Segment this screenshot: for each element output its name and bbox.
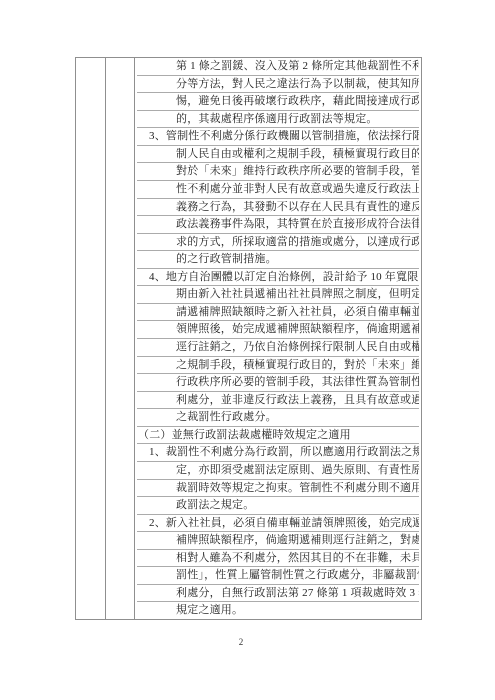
text-line: 利處分，並非違反行政法上義務，且具有故意或過失: [137, 392, 419, 410]
text-line: 請遞補牌照缺額時之新入社社員，必須自備車輛並請: [137, 304, 419, 322]
text-line: 3、管制性不利處分係行政機關以管制措施，依法採行限: [137, 128, 419, 146]
text-line: 4、地方自治團體以訂定自治條例，設計給予 10 年寬限: [137, 269, 419, 287]
text-line: 對於「未來」維持行政秩序所必要的管制手段，管制: [137, 163, 419, 181]
text-line: 求的方式，所採取適當的措施或處分，以達成行政目: [137, 234, 419, 252]
text-line: 期由新入社社員遞補出社社員牌照之制度，但明定申: [137, 286, 419, 304]
text-line: 補牌照缺額程序，倘逾期遞補則逕行註銷之，對處分: [137, 532, 419, 550]
text-line: 第 1 條之罰鍰、沒入及第 2 條所定其他裁罰性不利處: [137, 58, 419, 76]
text-line: 行政秩序所必要的管制手段，其法律性質為管制性不: [137, 374, 419, 392]
text-line: 政罰法之規定。: [137, 497, 419, 515]
text-line: 之規制手段，積極實現行政目的，對於「未來」維持: [137, 357, 419, 375]
document-table: 第 1 條之罰鍰、沒入及第 2 條所定其他裁罰性不利處分等方法，對人民之違法行為…: [75, 57, 422, 620]
text-line: （二）並無行政罰法裁處權時效規定之適用: [137, 427, 419, 445]
text-line: 的，其裁處程序係適用行政罰法等規定。: [137, 111, 419, 129]
text-line: 領牌照後，始完成遞補牌照缺額程序，倘逾期遞補則: [137, 321, 419, 339]
document-page: 第 1 條之罰鍰、沒入及第 2 條所定其他裁罰性不利處分等方法，對人民之違法行為…: [0, 0, 495, 700]
text-line: 利處分，自無行政罰法第 27 條第 1 項裁處時效 3 年: [137, 585, 419, 603]
text-line: 1、裁罰性不利處分為行政罰，所以應適用行政罰法之規: [137, 444, 419, 462]
text-line: 的之行政管制措施。: [137, 251, 419, 269]
text-line: 之裁罰性行政處分。: [137, 409, 419, 427]
text-line: 政法義務事件為限，其特質在於直接形成符合法律要: [137, 216, 419, 234]
text-line: 性不利處分並非對人民有故意或過失違反行政法上: [137, 181, 419, 199]
table-text-column: 第 1 條之罰鍰、沒入及第 2 條所定其他裁罰性不利處分等方法，對人民之違法行為…: [135, 58, 421, 619]
text-line: 規定之適用。: [137, 602, 419, 619]
text-line: 惕，避免日後再破壞行政秩序，藉此間接達成行政目: [137, 93, 419, 111]
text-line: 逕行註銷之，乃依自治條例採行限制人民自由或權利: [137, 339, 419, 357]
text-line: 義務之行為，其發動不以存在人民具有責性的違反行: [137, 199, 419, 217]
text-line: 罰性」，性質上屬管制性質之行政處分，非屬裁罰性不: [137, 567, 419, 585]
text-line: 2、新入社社員，必須自備車輛並請領牌照後，始完成遞: [137, 515, 419, 533]
page-number: 2: [0, 637, 482, 647]
table-margin-column-2: [106, 58, 135, 619]
text-line: 定，亦即須受處罰法定原則、過失原則、有責性原則、: [137, 462, 419, 480]
text-line: 裁罰時效等規定之拘束。管制性不利處分則不適用行: [137, 480, 419, 498]
text-line: 制人民自由或權利之規制手段，積極實現行政目的，: [137, 146, 419, 164]
text-line: 分等方法，對人民之違法行為予以制裁，使其知所警: [137, 76, 419, 94]
table-margin-column-1: [76, 58, 106, 619]
text-line: 相對人雖為不利處分，然因其目的不在非難，未具「裁: [137, 550, 419, 568]
